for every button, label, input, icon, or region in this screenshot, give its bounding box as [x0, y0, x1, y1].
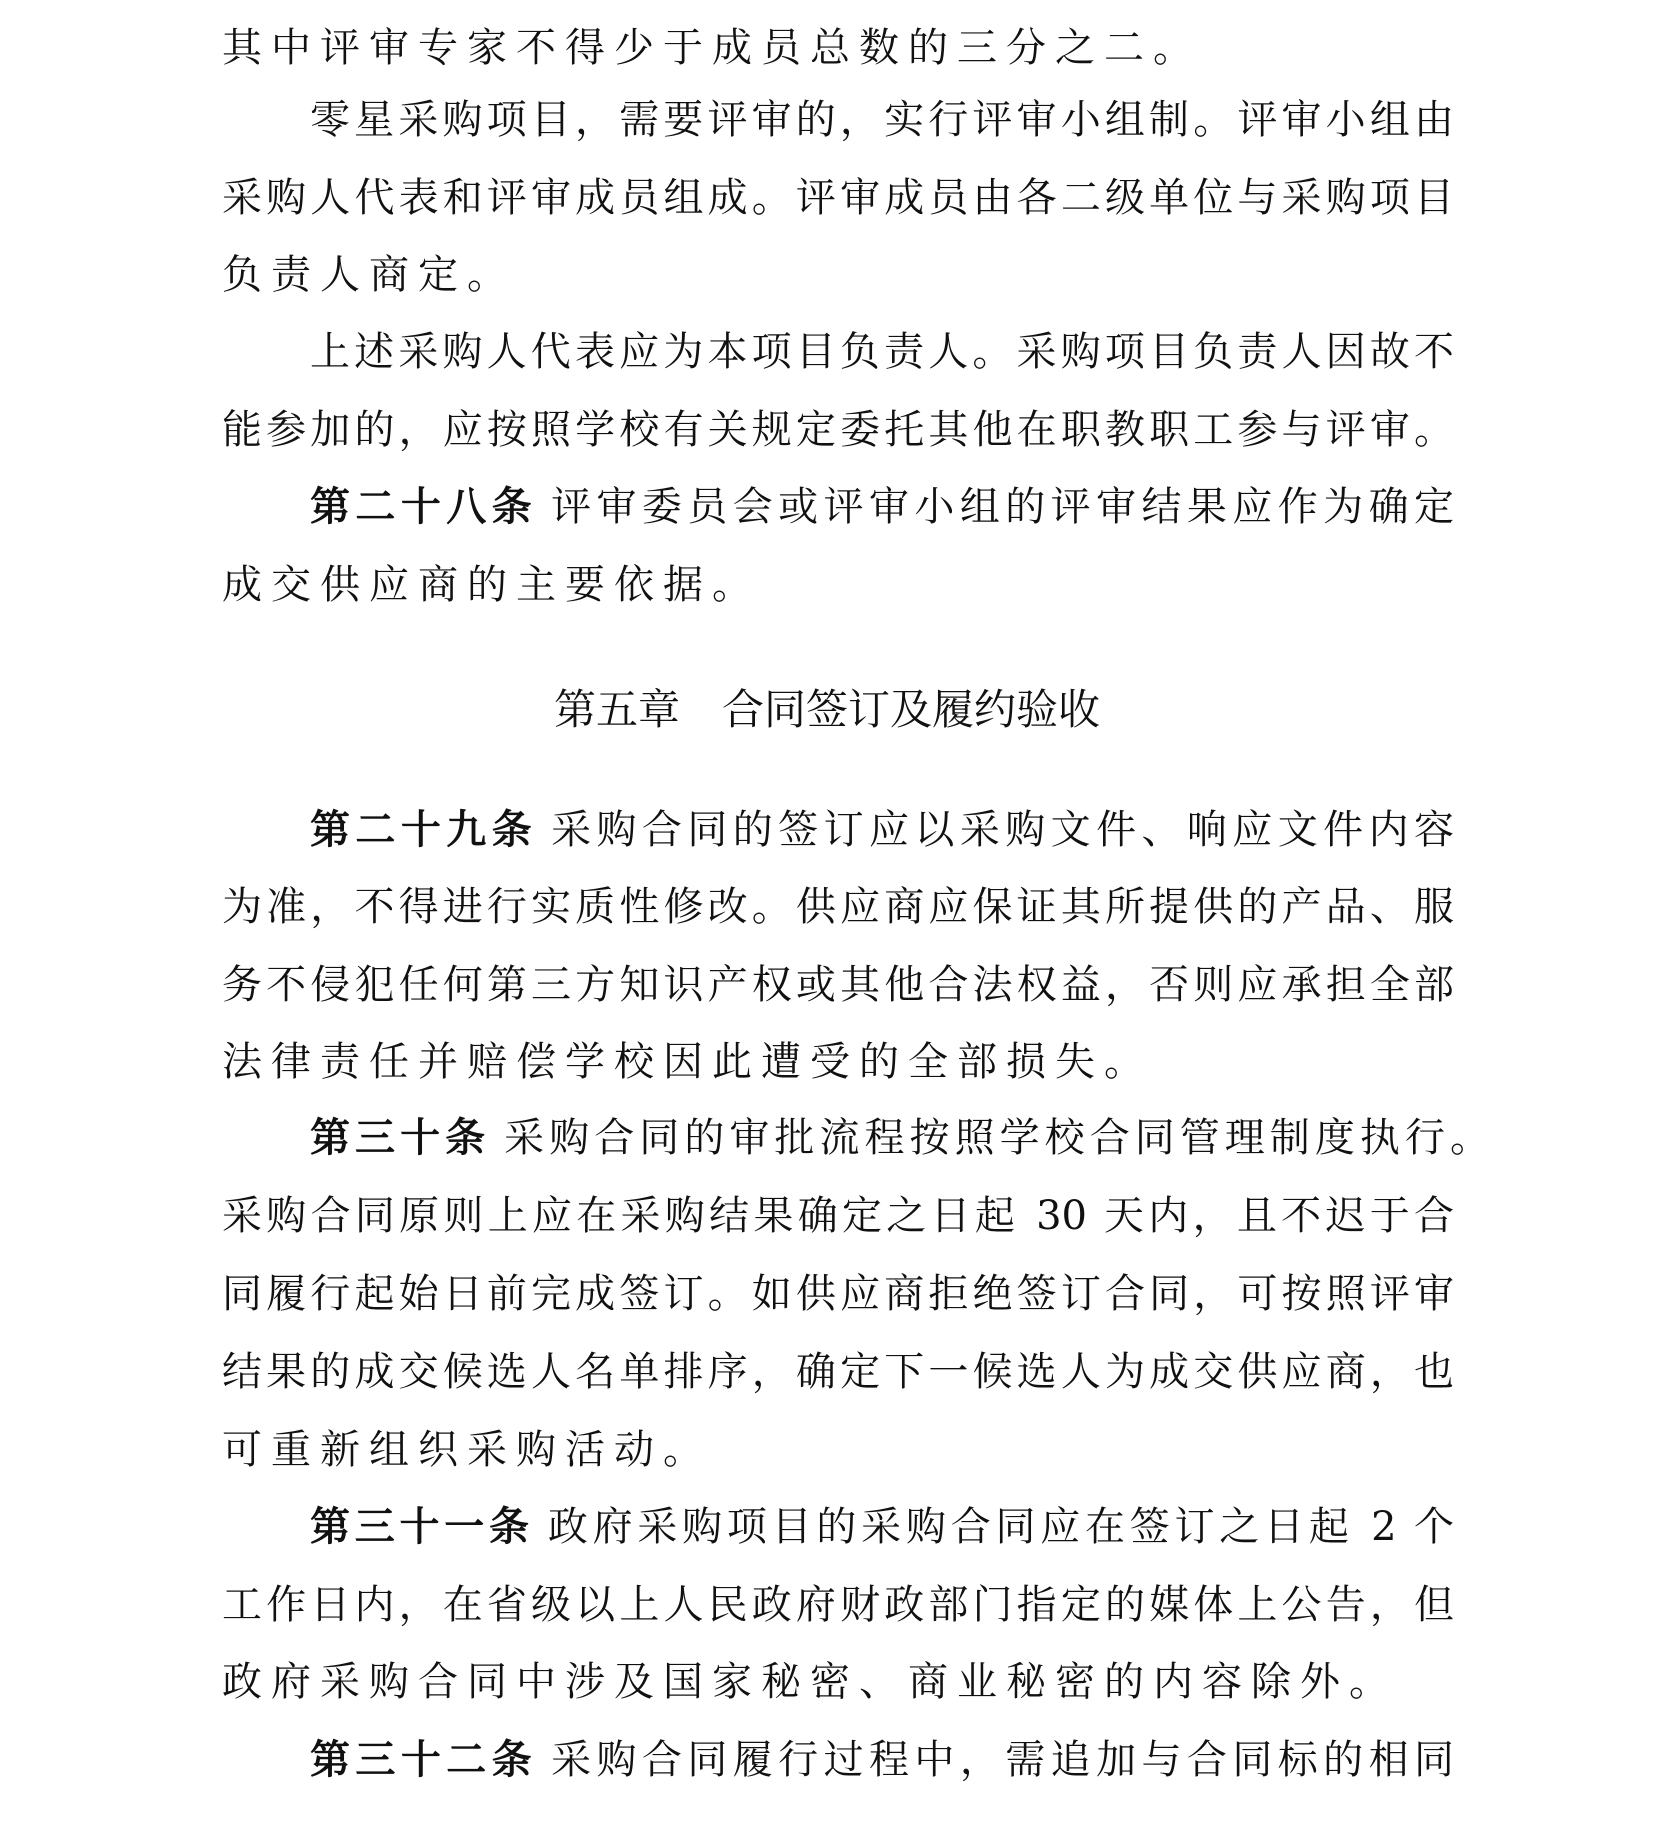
paragraph-line: 成交供应商的主要依据。	[222, 555, 1454, 615]
paragraph-line: 零星采购项目，需要评审的，实行评审小组制。评审小组由	[310, 90, 1454, 150]
paragraph-line: 法律责任并赔偿学校因此遭受的全部损失。	[222, 1032, 1454, 1092]
paragraph-line: 工作日内，在省级以上人民政府财政部门指定的媒体上公告，但	[222, 1575, 1454, 1635]
paragraph-line: 采购合同原则上应在采购结果确定之日起 30 天内，且不迟于合	[222, 1186, 1454, 1246]
article-line: 第三十条采购合同的审批流程按照学校合同管理制度执行。	[310, 1108, 1490, 1168]
paragraph-line: 能参加的，应按照学校有关规定委托其他在职教职工参与评审。	[222, 400, 1454, 460]
article-text: 评审委员会或评审小组的评审结果应作为确定	[551, 484, 1454, 530]
article-number: 第二十八条	[310, 484, 537, 530]
article-line: 第二十九条采购合同的签订应以采购文件、响应文件内容	[310, 800, 1454, 860]
paragraph-line: 负责人商定。	[222, 245, 1454, 305]
paragraph-line: 务不侵犯任何第三方知识产权或其他合法权益，否则应承担全部	[222, 955, 1454, 1015]
article-line: 第三十二条采购合同履行过程中，需追加与合同标的相同	[310, 1730, 1454, 1790]
article-text: 采购合同的签订应以采购文件、响应文件内容	[551, 807, 1454, 853]
paragraph-line: 上述采购人代表应为本项目负责人。采购项目负责人因故不	[310, 322, 1454, 382]
chapter-heading: 第五章 合同签订及履约验收	[0, 680, 1654, 740]
paragraph-line: 其中评审专家不得少于成员总数的三分之二。	[222, 18, 1454, 78]
article-number: 第三十一条	[310, 1504, 534, 1550]
paragraph-line: 政府采购合同中涉及国家秘密、商业秘密的内容除外。	[222, 1652, 1454, 1712]
paragraph-line: 同履行起始日前完成签订。如供应商拒绝签订合同，可按照评审	[222, 1264, 1454, 1324]
paragraph-line: 结果的成交候选人名单排序，确定下一候选人为成交供应商，也	[222, 1342, 1454, 1402]
article-number: 第三十条	[310, 1115, 490, 1161]
article-line: 第二十八条评审委员会或评审小组的评审结果应作为确定	[310, 477, 1454, 537]
paragraph-line: 可重新组织采购活动。	[222, 1420, 1454, 1480]
paragraph-line: 为准，不得进行实质性修改。供应商应保证其所提供的产品、服	[222, 877, 1454, 937]
article-text: 政府采购项目的采购合同应在签订之日起 2 个	[548, 1504, 1454, 1550]
article-line: 第三十一条政府采购项目的采购合同应在签订之日起 2 个	[310, 1497, 1454, 1557]
article-number: 第三十二条	[310, 1737, 537, 1783]
paragraph-line: 采购人代表和评审成员组成。评审成员由各二级单位与采购项目	[222, 168, 1454, 228]
article-text: 采购合同的审批流程按照学校合同管理制度执行。	[504, 1115, 1490, 1161]
article-number: 第二十九条	[310, 807, 537, 853]
article-text: 采购合同履行过程中，需追加与合同标的相同	[551, 1737, 1454, 1783]
